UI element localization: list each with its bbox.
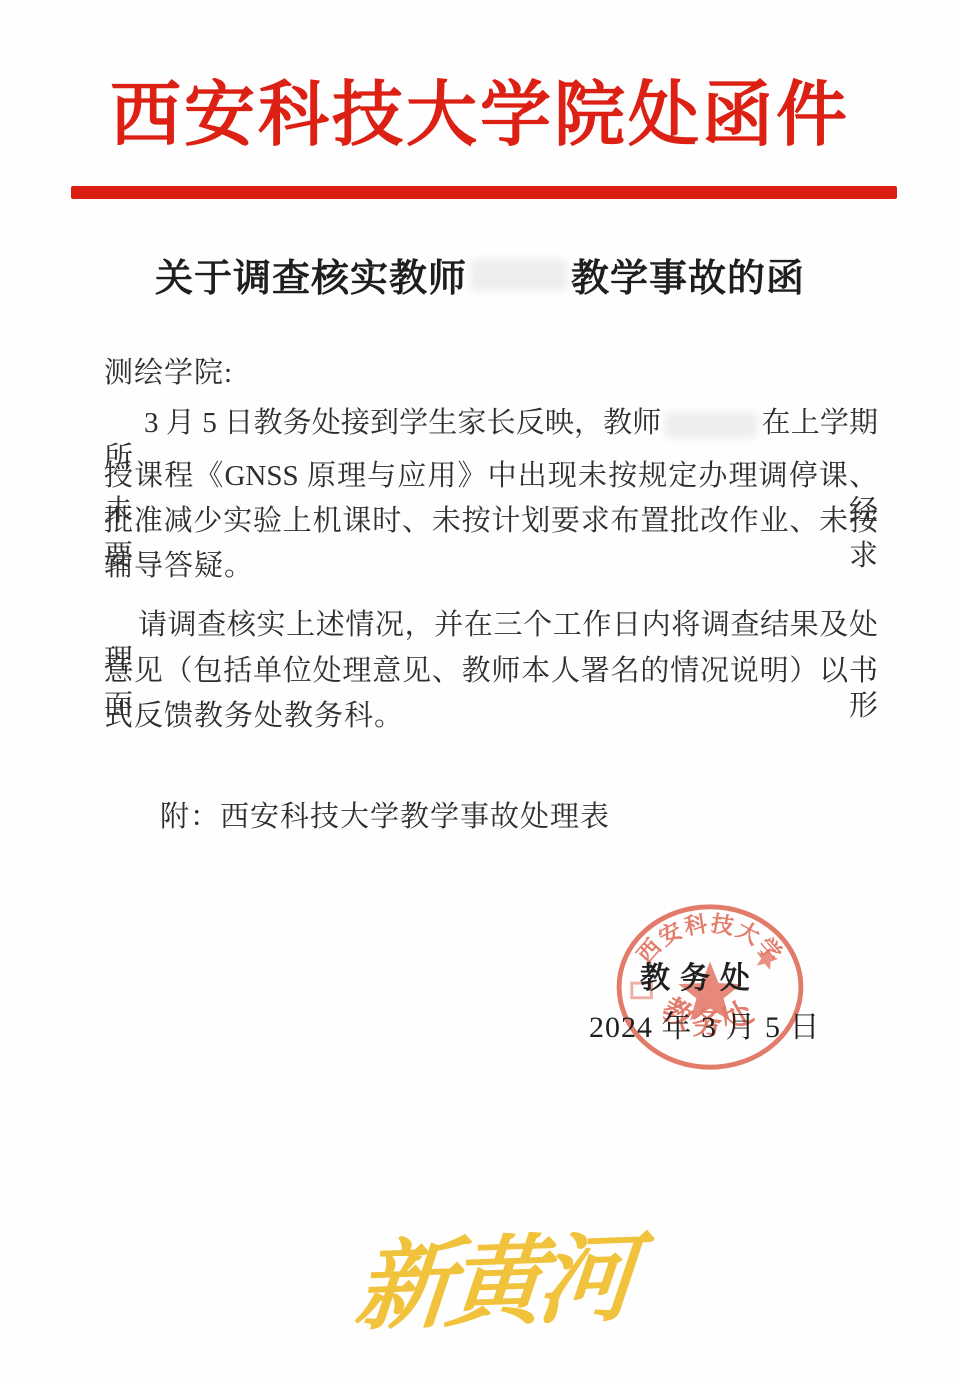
official-letter-page: 西安科技大学院处函件 关于调查核实教师 教学事故的函 测绘学院: 3 月 5 日… <box>0 0 960 1381</box>
paragraph2-line3: 式反馈教务处教务科。 <box>104 699 878 734</box>
signature-department: 教务处 <box>640 953 760 997</box>
document-title-suffix: 教学事故的函 <box>571 247 805 302</box>
document-title: 关于调查核实教师 教学事故的函 <box>0 247 960 302</box>
salutation: 测绘学院: <box>104 356 878 391</box>
news-outlet-watermark: 新黄河 <box>351 1221 634 1347</box>
redacted-teacher-name <box>471 259 567 291</box>
letterhead-divider-rule <box>71 186 897 199</box>
paragraph1-line1-before: 3 月 5 日教务处接到学生家长反映，教师 <box>144 407 661 439</box>
attachment-note: 附：西安科技大学教学事故处理表 <box>104 800 878 835</box>
paragraph1-line4: 辅导答疑。 <box>104 549 878 584</box>
redacted-teacher-name-body <box>665 412 757 438</box>
document-title-prefix: 关于调查核实教师 <box>155 247 467 302</box>
signature-date: 2024 年 3 月 5 日 <box>589 1002 821 1046</box>
letterhead-title: 西安科技大学院处函件 <box>0 76 960 158</box>
